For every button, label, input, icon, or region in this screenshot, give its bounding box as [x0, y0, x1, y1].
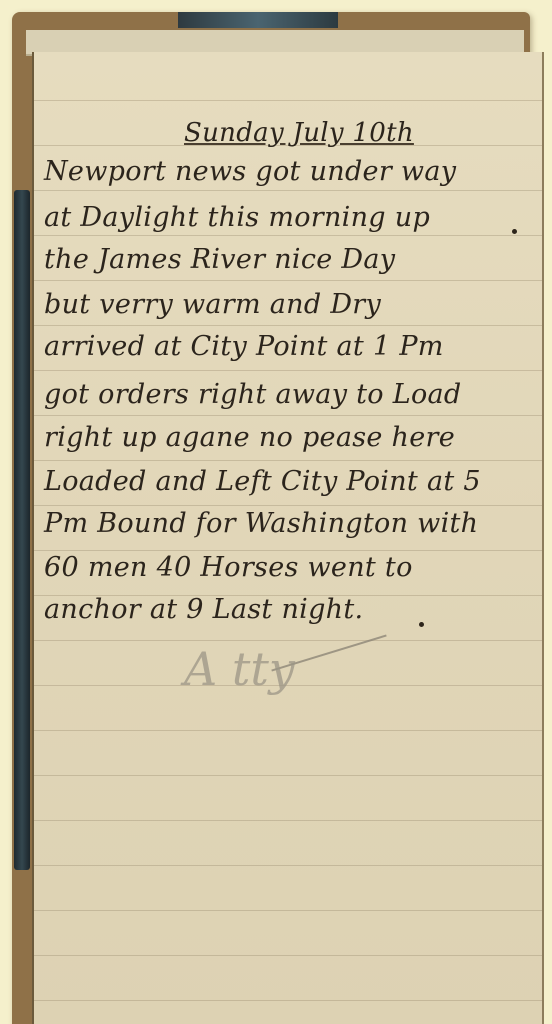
ruled-line — [34, 505, 542, 506]
diary-line-9: Pm Bound for Washington with — [44, 508, 478, 539]
ruled-line — [34, 730, 542, 731]
ruled-line — [34, 325, 542, 326]
pencil-annotation: A tty — [184, 642, 295, 696]
ruled-line — [34, 910, 542, 911]
diary-line-4: but verry warm and Dry — [44, 289, 381, 320]
ruled-line — [34, 370, 542, 371]
ruled-line — [34, 640, 542, 641]
diary-line-2: at Daylight this morning up — [44, 202, 430, 233]
ruled-line — [34, 820, 542, 821]
ruled-line — [34, 460, 542, 461]
diary-line-3: the James River nice Day — [44, 244, 395, 275]
diary-line-1: Newport news got under way — [44, 156, 456, 187]
diary-line-8: Loaded and Left City Point at 5 — [44, 466, 481, 497]
ink-blot — [419, 622, 424, 627]
diary-date-heading: Sunday July 10th — [184, 118, 414, 148]
diary-line-6: got orders right away to Load — [44, 379, 461, 410]
ruled-line — [34, 190, 542, 191]
cover-spine-top-strip — [178, 12, 338, 28]
ruled-line — [34, 415, 542, 416]
diary-line-7: right up agane no pease here — [44, 422, 455, 453]
diary-page: Sunday July 10th Newport news got under … — [32, 52, 544, 1024]
ruled-line — [34, 955, 542, 956]
ruled-line — [34, 775, 542, 776]
ink-blot — [512, 229, 517, 234]
ruled-line — [34, 865, 542, 866]
ruled-line — [34, 235, 542, 236]
ruled-line — [34, 280, 542, 281]
ruled-line — [34, 550, 542, 551]
ruled-line — [34, 1000, 542, 1001]
notebook-spine-binding — [14, 190, 30, 870]
scanned-notebook-image: Sunday July 10th Newport news got under … — [0, 0, 552, 1024]
diary-line-5: arrived at City Point at 1 Pm — [44, 331, 444, 362]
diary-line-11: anchor at 9 Last night. — [44, 594, 363, 625]
ruled-line — [34, 100, 542, 101]
diary-line-10: 60 men 40 Horses went to — [44, 552, 413, 583]
